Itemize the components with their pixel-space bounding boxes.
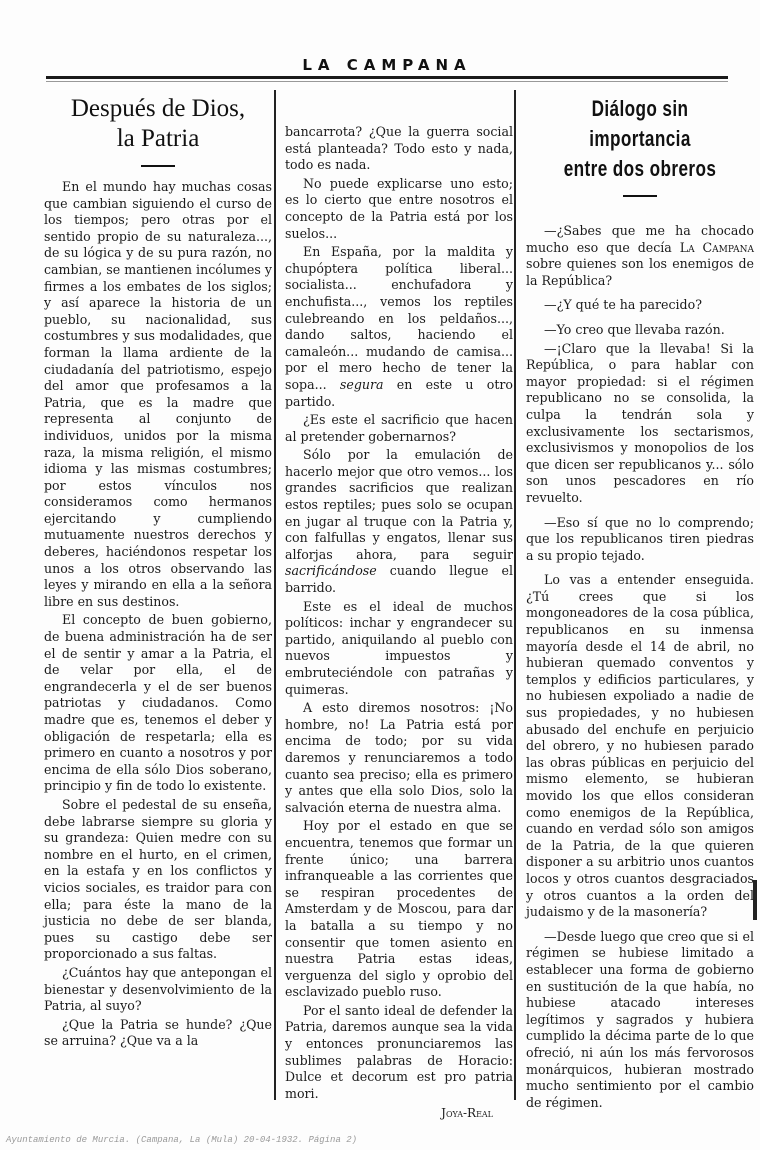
column-divider-1 xyxy=(274,90,276,1100)
title-dash xyxy=(141,165,175,167)
paragraph: Hoy por el estado en que se encuentra, t… xyxy=(285,818,513,1001)
paragraph: —Eso sí que no lo comprendo; que los rep… xyxy=(526,515,754,565)
italic-text: segura xyxy=(340,377,384,392)
paragraph: —Yo creo que llevaba razón. xyxy=(526,322,754,339)
paragraph: ¿Que la Patria se hunde? ¿Que se arruina… xyxy=(44,1017,272,1050)
archive-footer: Ayuntamiento de Murcia. (Campana, La (Mu… xyxy=(6,1135,357,1145)
paragraph: No puede explicarse uno esto; es lo cier… xyxy=(285,176,513,242)
paragraph: —Desde luego que creo que si el régimen … xyxy=(526,929,754,1112)
paragraph: Sólo por la emulación de hacerlo mejor q… xyxy=(285,447,513,596)
paragraph: En el mundo hay muchas cosas que cambian… xyxy=(44,179,272,610)
paragraph: En España, por la maldita y chupóptera p… xyxy=(285,244,513,410)
paragraph: —¿Y qué te ha parecido? xyxy=(526,297,754,314)
text: En España, por la maldita y chupóptera p… xyxy=(285,244,513,392)
paragraph: Por el santo ideal de defender la Patria… xyxy=(285,1003,513,1103)
article-title-despues-de-dios: Después de Dios, la Patria xyxy=(44,94,272,154)
paragraph: Sobre el pedestal de su enseña, debe lab… xyxy=(44,797,272,963)
newspaper-name: La Campana xyxy=(680,240,754,255)
article-title-dialogo: Diálogo sin importancia entre dos obrero… xyxy=(551,94,729,184)
title-line-1: Diálogo sin importancia xyxy=(551,94,729,154)
paragraph: Lo vas a entender enseguida. ¿Tú crees q… xyxy=(526,572,754,920)
paragraph: A esto diremos nosotros: ¡No hombre, no!… xyxy=(285,700,513,816)
paragraph: ¿Cuántos hay que antepongan el bienestar… xyxy=(44,965,272,1015)
column-2: bancarrota? ¿Que la guerra social está p… xyxy=(285,124,513,1120)
text: Sólo por la emulación de hacerlo mejor q… xyxy=(285,447,513,562)
title-line-2: entre dos obreros xyxy=(551,154,729,184)
title-dash xyxy=(623,195,657,197)
column-3: Diálogo sin importancia entre dos obrero… xyxy=(526,88,754,1113)
column-1: Después de Dios, la Patria En el mundo h… xyxy=(44,88,272,1052)
paragraph: ¿Es este el sacrificio que hacen al pret… xyxy=(285,412,513,445)
masthead-rule-thin xyxy=(46,81,728,82)
paragraph: El concepto de buen gobierno, de buena a… xyxy=(44,612,272,795)
title-line-1: Después de Dios, xyxy=(44,94,272,124)
paragraph: —¿Sabes que me ha chocado mucho eso que … xyxy=(526,223,754,289)
italic-text: sacrificándose xyxy=(285,563,377,578)
author-signature: Joya-Real xyxy=(285,1106,513,1120)
column-divider-2 xyxy=(514,90,516,1100)
newspaper-masthead: LA CAMPANA xyxy=(46,56,728,74)
paragraph-continued: bancarrota? ¿Que la guerra social está p… xyxy=(285,124,513,174)
title-line-2: la Patria xyxy=(44,124,272,154)
paragraph: —¡Claro que la llevaba! Si la República,… xyxy=(526,341,754,507)
text: sobre quienes son los enemigos de la Rep… xyxy=(526,256,754,288)
masthead-rule xyxy=(46,76,728,79)
paragraph: Este es el ideal de muchos políticos: in… xyxy=(285,599,513,699)
